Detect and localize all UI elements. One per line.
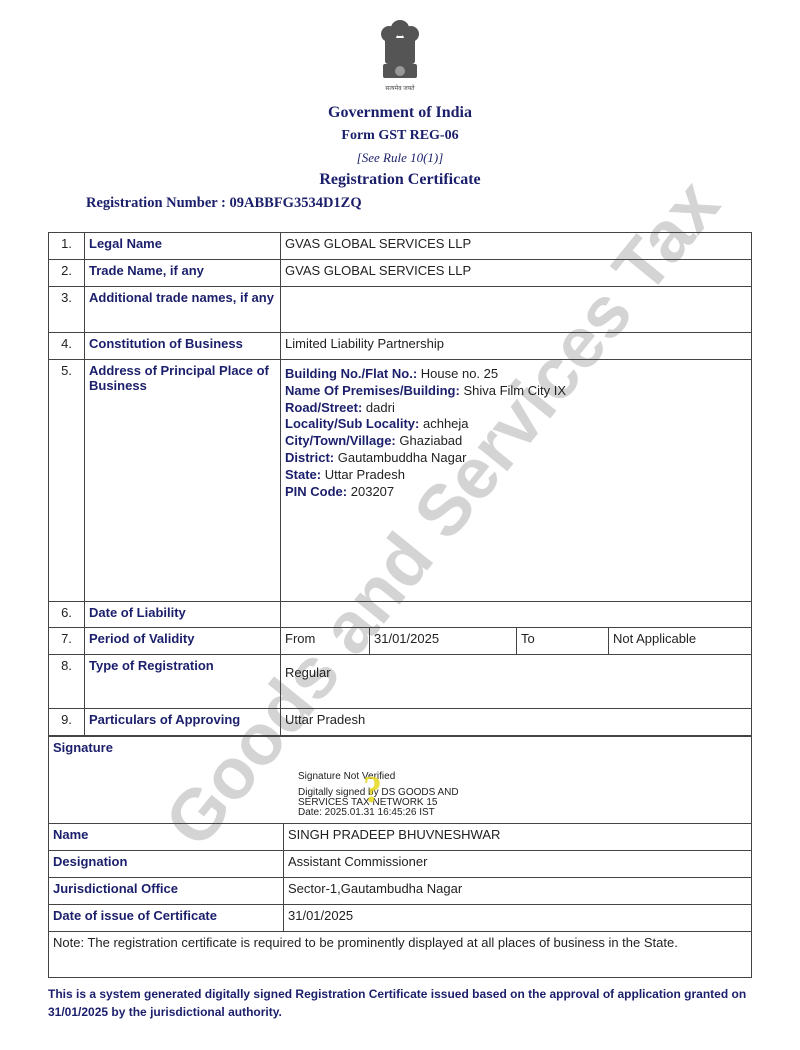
signature-unverified-icon: ? (363, 768, 382, 812)
row-label: Address of Principal Place of Business (85, 360, 281, 602)
row-label: Designation (49, 851, 284, 878)
table-row: 5. Address of Principal Place of Busines… (49, 360, 752, 602)
address-line: PIN Code: 203207 (285, 484, 747, 501)
address-line: Locality/Sub Locality: achheja (285, 416, 747, 433)
certificate-table: 1. Legal Name GVAS GLOBAL SERVICES LLP 2… (48, 232, 752, 736)
row-label: Particulars of Approving (85, 709, 281, 736)
table-row: Name SINGH PRADEEP BHUVNESHWAR (49, 824, 752, 851)
row-label: Date of issue of Certificate (49, 905, 284, 932)
row-number: 4. (49, 333, 85, 360)
approving-authority-value: Uttar Pradesh (281, 709, 752, 736)
table-row: 8. Type of Registration Regular (49, 655, 752, 709)
footer-statement: This is a system generated digitally sig… (48, 985, 752, 1021)
row-number: 6. (49, 602, 85, 628)
issue-date-value: 31/01/2025 (284, 905, 752, 932)
row-number: 9. (49, 709, 85, 736)
legal-name-value: GVAS GLOBAL SERVICES LLP (281, 233, 752, 260)
address-line: Building No./Flat No.: House no. 25 (285, 366, 747, 383)
table-row: 3. Additional trade names, if any (49, 287, 752, 333)
validity-to-value: Not Applicable (609, 628, 752, 655)
row-number: 7. (49, 628, 85, 655)
table-row: Date of issue of Certificate 31/01/2025 (49, 905, 752, 932)
address-line: District: Gautambuddha Nagar (285, 450, 747, 467)
address-line: City/Town/Village: Ghaziabad (285, 433, 747, 450)
address-line: Road/Street: dadri (285, 400, 747, 417)
table-row: 9. Particulars of Approving Uttar Prades… (49, 709, 752, 736)
row-number: 5. (49, 360, 85, 602)
address-line: Name Of Premises/Building: Shiva Film Ci… (285, 383, 747, 400)
row-label: Date of Liability (85, 602, 281, 628)
row-number: 8. (49, 655, 85, 709)
trade-name-value: GVAS GLOBAL SERVICES LLP (281, 260, 752, 287)
address-value: Building No./Flat No.: House no. 25 Name… (281, 360, 752, 602)
row-number: 2. (49, 260, 85, 287)
government-title: Government of India (0, 104, 800, 122)
additional-trade-names-value (281, 287, 752, 333)
address-line: State: Uttar Pradesh (285, 467, 747, 484)
date-of-liability-value (281, 602, 752, 628)
validity-to-label: To (517, 628, 609, 655)
row-label: Period of Validity (85, 628, 281, 655)
row-label: Type of Registration (85, 655, 281, 709)
officer-name-value: SINGH PRADEEP BHUVNESHWAR (284, 824, 752, 851)
table-row: 2. Trade Name, if any GVAS GLOBAL SERVIC… (49, 260, 752, 287)
table-row: 1. Legal Name GVAS GLOBAL SERVICES LLP (49, 233, 752, 260)
row-label: Trade Name, if any (85, 260, 281, 287)
row-label: Additional trade names, if any (85, 287, 281, 333)
svg-text:सत्यमेव जयते: सत्यमेव जयते (385, 84, 415, 92)
row-label: Jurisdictional Office (49, 878, 284, 905)
row-number: 1. (49, 233, 85, 260)
row-number: 3. (49, 287, 85, 333)
note-text: Note: The registration certificate is re… (49, 932, 752, 978)
table-row: 4. Constitution of Business Limited Liab… (49, 333, 752, 360)
table-row: Jurisdictional Office Sector-1,Gautambud… (49, 878, 752, 905)
validity-from-value: 31/01/2025 (370, 628, 517, 655)
national-emblem-icon: सत्यमेव जयते (375, 16, 425, 94)
validity-from-label: From (281, 628, 370, 655)
table-row: 6. Date of Liability (49, 602, 752, 628)
constitution-value: Limited Liability Partnership (281, 333, 752, 360)
registration-type-value: Regular (281, 655, 752, 709)
designation-value: Assistant Commissioner (284, 851, 752, 878)
form-title: Form GST REG-06 (0, 128, 800, 144)
table-row: Designation Assistant Commissioner (49, 851, 752, 878)
jurisdictional-office-value: Sector-1,Gautambudha Nagar (284, 878, 752, 905)
row-label: Legal Name (85, 233, 281, 260)
row-label: Name (49, 824, 284, 851)
row-label: Constitution of Business (85, 333, 281, 360)
table-row: 7. Period of Validity From 31/01/2025 To… (49, 628, 752, 655)
rule-reference: [See Rule 10(1)] (0, 150, 800, 166)
registration-number: Registration Number : 09ABBFG3534D1ZQ (86, 195, 362, 212)
certificate-title: Registration Certificate (0, 171, 800, 189)
note-row: Note: The registration certificate is re… (49, 932, 752, 978)
